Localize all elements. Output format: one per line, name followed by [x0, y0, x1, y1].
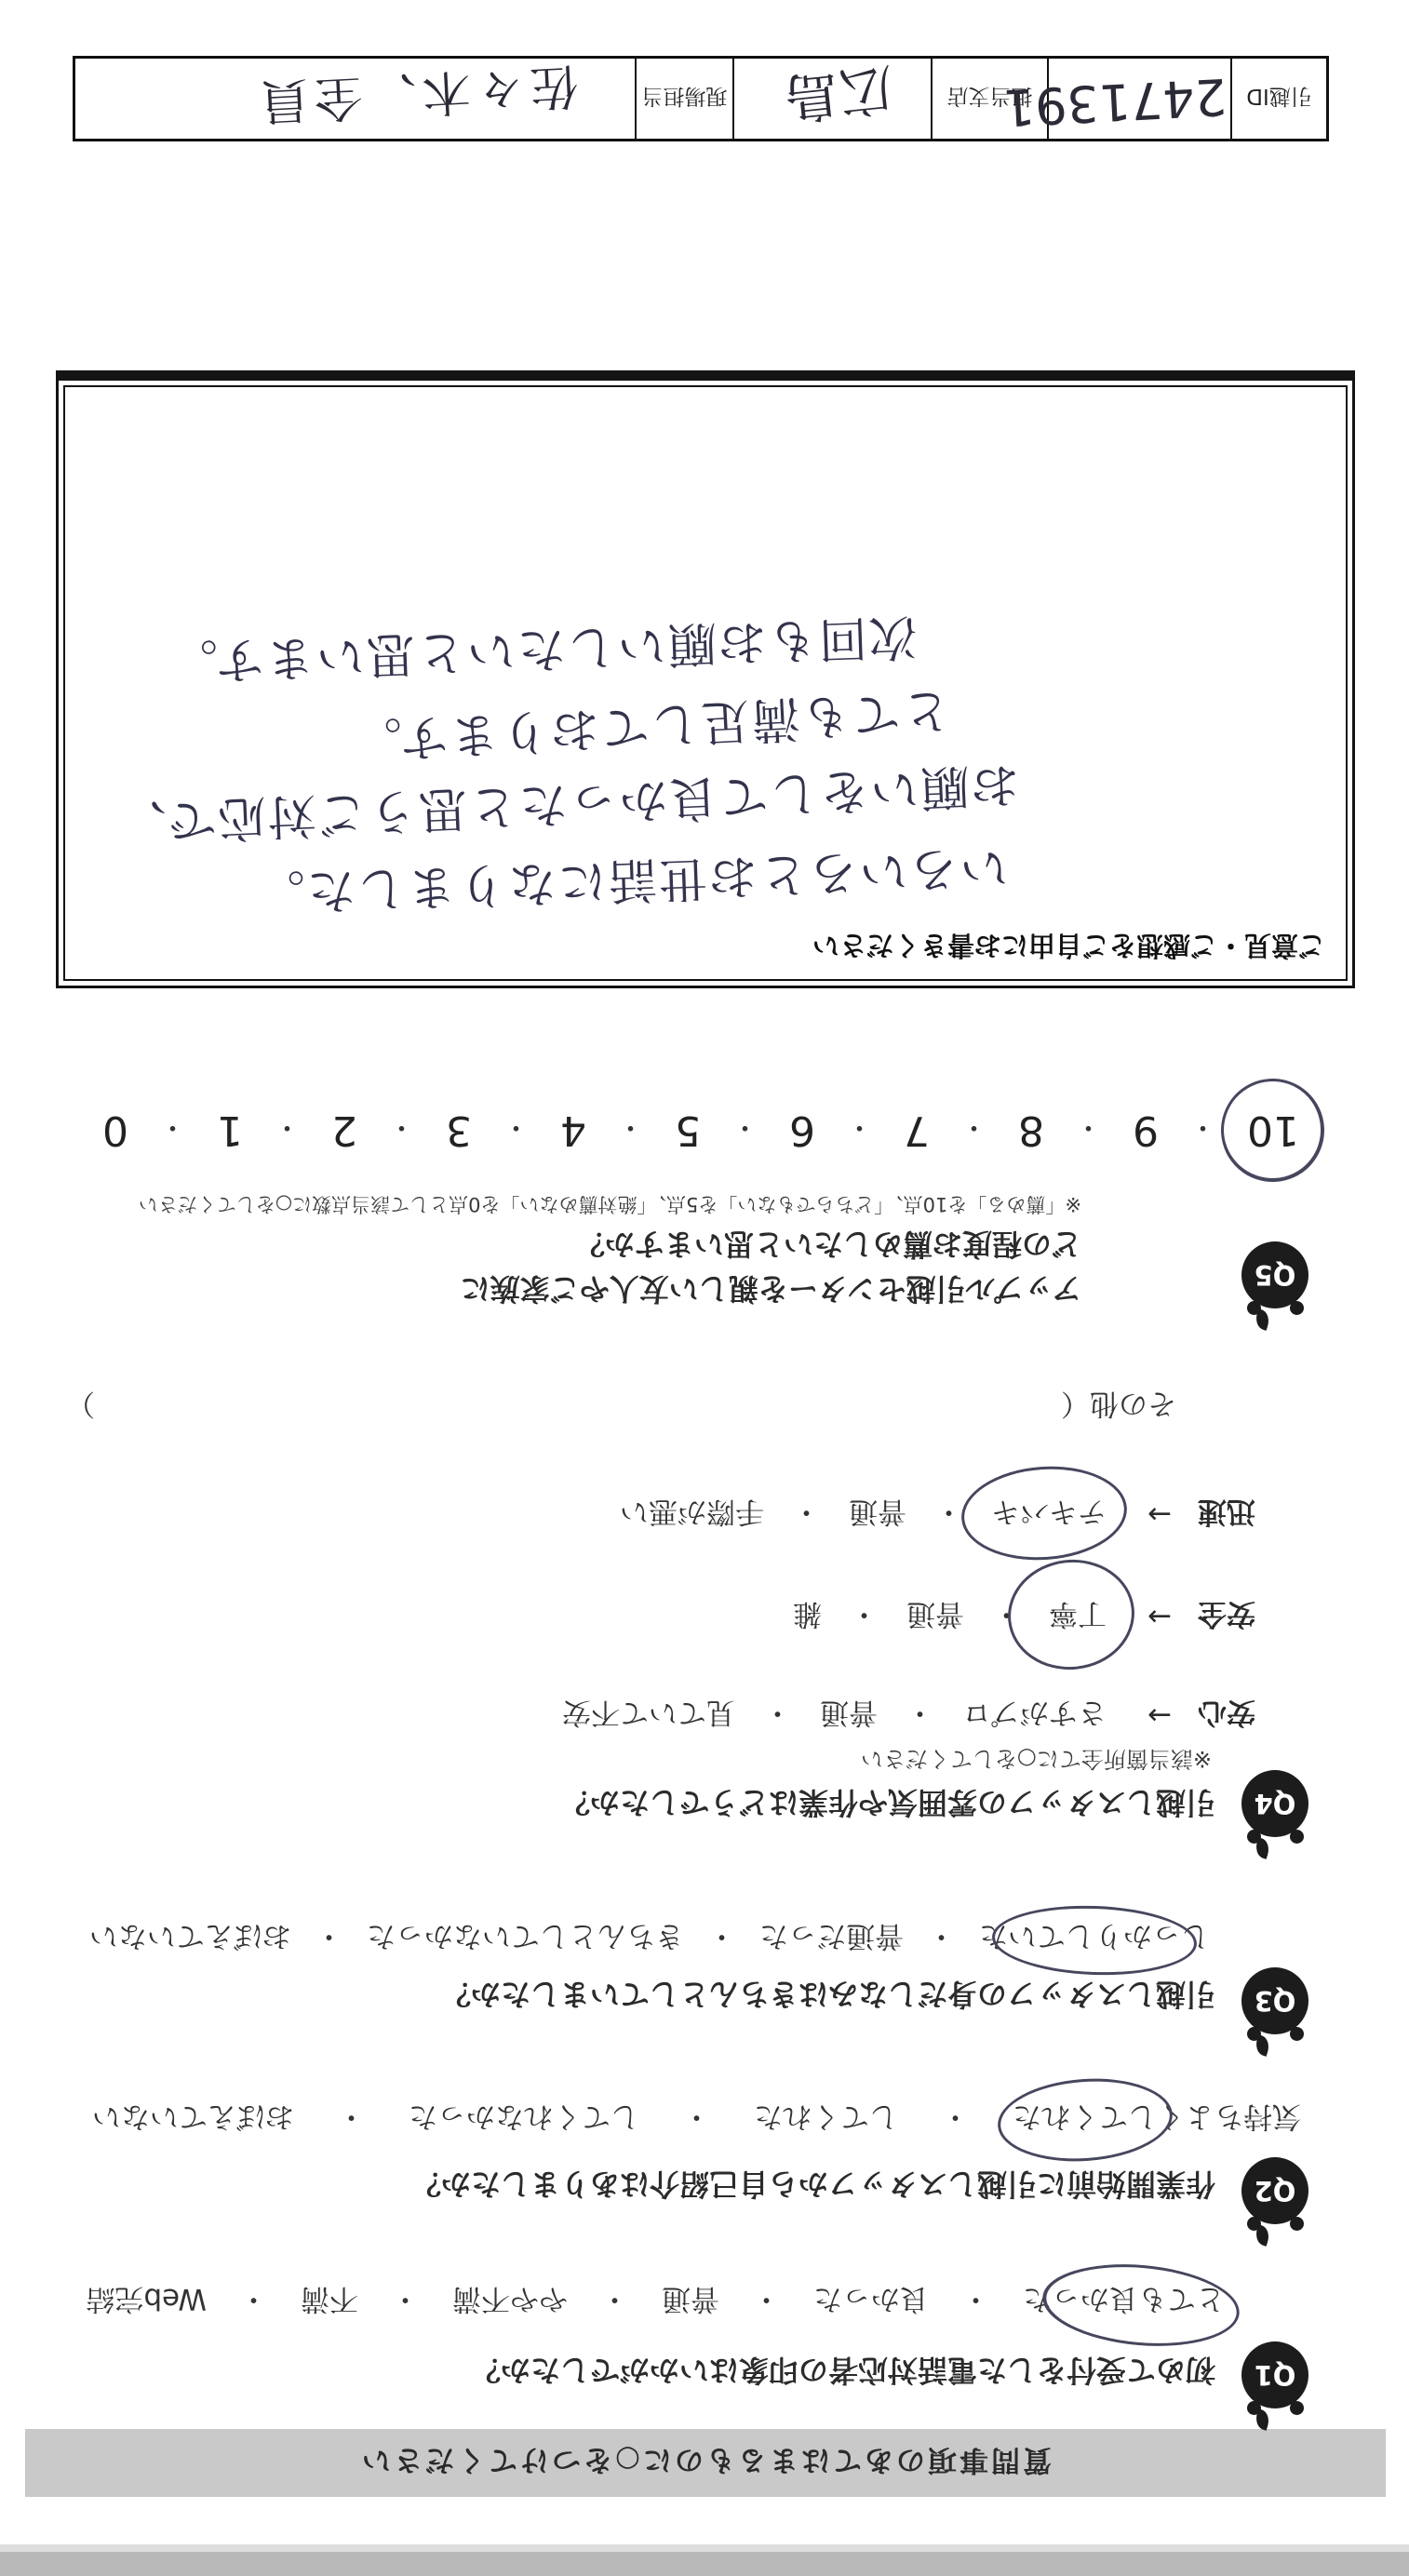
q5-score-3: 3 [446, 1107, 472, 1154]
footer-label-text: 引越ID [1246, 84, 1312, 114]
dot-separator: ・ [617, 1110, 645, 1151]
comment-box-inner-frame: ご意見・ご感想をご自由にお書きください いろいろとお世話になりました。 お願いを… [63, 385, 1348, 981]
q4-anzen-option-futsuu: 普通 [906, 1596, 964, 1638]
instruction-banner: 質問事項のあてはまるものに○をつけてください [25, 2429, 1386, 2497]
q2-option-oboeteinai: おぼえていない [92, 2099, 294, 2140]
dot-separator: ・ [503, 1110, 530, 1151]
q4-row-jinsoku: 迅速 → テキパキ ・ 普通 ・ 手際が悪い [620, 1494, 1255, 1536]
scanner-edge-strip [0, 2552, 1409, 2576]
dot-separator: ・ [941, 2099, 970, 2140]
footer-value-branch: 広島 [732, 59, 931, 139]
dot-separator: ・ [682, 2099, 711, 2140]
q2-options-row: 気持ちよくしてくれた ・ してくれた ・ してくれなかった ・ おぼえていない [92, 2099, 1301, 2140]
q1-option-label: とても良かった [1023, 2282, 1225, 2315]
q1-option-label: 良かった [813, 2282, 929, 2315]
q1-options-row: とても良かった ・ 良かった ・ 普通 ・ やや不満 ・ 不満 ・ Web完結 [86, 2281, 1225, 2323]
footer-value-staff: 佐々木、全員 [75, 59, 635, 139]
q4-option-label: 普通 [820, 1696, 878, 1729]
q4-note: ※該当箇所全てに○をしてください [861, 1745, 1212, 1778]
dot-separator: ・ [927, 1918, 956, 1960]
q4-row-anzen-label: 安全 [1185, 1596, 1255, 1638]
q1-badge: Q1 [1241, 2341, 1308, 2408]
dot-separator: ・ [960, 1110, 988, 1151]
q4-other-row: その他（ [1061, 1386, 1176, 1428]
q1-option-label: やや不満 [452, 2282, 568, 2315]
arrow-icon: → [1147, 1699, 1172, 1733]
q1-option-yaya-fuman: やや不満 [452, 2281, 568, 2323]
comment-box: ご意見・ご感想をご自由にお書きください いろいろとお世話になりました。 お願いを… [56, 370, 1355, 988]
q3-badge: Q3 [1241, 1967, 1308, 2034]
q4-row-jinsoku-label: 迅速 [1185, 1494, 1255, 1536]
dot-separator: ・ [159, 1110, 187, 1151]
dot-separator: ・ [763, 1695, 792, 1737]
q2-badge-label: Q2 [1255, 2175, 1296, 2207]
q5-score-10: 10 [1247, 1107, 1299, 1154]
q1-option-web-kanketsu: Web完結 [86, 2281, 207, 2323]
q4-other-close-paren: ） [66, 1386, 95, 1428]
q1-question-text: 初めて受付をした電話対応者の印象はいかがでしたか？ [471, 2351, 1215, 2394]
q5-score-scale: 10 ・ 9 ・ 8 ・ 7 ・ 6 ・ 5 ・ 4 ・ 3 ・ 2 ・ 1 ・… [102, 1107, 1299, 1154]
dot-separator: ・ [337, 2099, 366, 2140]
q3-option-oboeteinai: おぼえていない [89, 1918, 291, 1960]
q1-option-label: 不満 [301, 2282, 358, 2315]
q2-option-label: してくれた [754, 2100, 898, 2133]
q3-question-text: 引越しスタッフの身だしなみはきちんとしていましたか？ [441, 1975, 1215, 2018]
q2-option-shitekurenakatta: してくれなかった [409, 2099, 639, 2140]
q3-option-label: きちんとしていなかった [367, 1919, 684, 1952]
q1-option-label: 普通 [662, 2282, 719, 2315]
q4-anzen-option-zatsu: 雑 [793, 1596, 822, 1638]
q5-score-0: 0 [102, 1107, 128, 1154]
q5-badge: Q5 [1241, 1241, 1308, 1308]
dot-separator: ・ [752, 2281, 781, 2323]
q5-score-5: 5 [675, 1107, 701, 1154]
q5-question-line1: アップル引越センターを親しい友人やご家族に [461, 1269, 1081, 1312]
q2-option-label: おぼえていない [92, 2100, 294, 2133]
q5-score-6: 6 [789, 1107, 815, 1154]
q2-option-label: してくれなかった [409, 2100, 639, 2133]
dot-separator: ・ [1189, 1110, 1217, 1151]
q4-anshin-option-futsuu: 普通 [820, 1695, 878, 1737]
q3-option-label: おぼえていない [89, 1919, 291, 1952]
footer-label-text: 現場担当 [642, 84, 728, 114]
dot-separator: ・ [1075, 1110, 1103, 1151]
q4-row-anshin-label: 安心 [1185, 1695, 1255, 1737]
footer-id-table: 引越ID 2471391 担当支店 広島 現場担当 佐々木、全員 [73, 56, 1329, 141]
q4-option-label: 普通 [849, 1495, 906, 1528]
q5-score-8: 8 [1018, 1107, 1044, 1154]
arrow-icon: → [1147, 1498, 1172, 1532]
q1-option-fuman: 不満 [301, 2281, 358, 2323]
q4-anzen-option-teinei: 丁寧 [1049, 1596, 1107, 1638]
q3-option-futsuu-datta: 普通だった [759, 1918, 904, 1960]
dot-separator: ・ [846, 1110, 874, 1151]
q4-option-label: 普通 [906, 1597, 964, 1630]
dot-separator: ・ [388, 1110, 416, 1151]
q3-option-label: 普通だった [759, 1919, 904, 1952]
dot-separator: ・ [850, 1596, 879, 1638]
dot-separator: ・ [906, 1695, 934, 1737]
q4-option-label: テキパキ [991, 1495, 1107, 1528]
comment-box-header: ご意見・ご感想をご自由にお書きください [812, 928, 1325, 966]
dot-separator: ・ [274, 1110, 302, 1151]
q1-option-yokatta: 良かった [813, 2281, 929, 2323]
q3-option-label: しっかりしていた [979, 1919, 1210, 1952]
q5-note: ※「薦める」を10点、「どちらでもない」を5点、「絶対薦めない」を0点として該当… [139, 1191, 1081, 1219]
dot-separator: ・ [961, 2281, 990, 2323]
handwritten-id-value: 2471391 [1001, 67, 1228, 138]
q2-option-shitekureta: してくれた [754, 2099, 898, 2140]
q4-badge: Q4 [1241, 1770, 1308, 1837]
q2-option-label: 気持ちよくしてくれた [1013, 2100, 1301, 2133]
q4-jinsoku-option-tegiwa-warui: 手際が悪い [620, 1494, 764, 1536]
dot-separator: ・ [600, 2281, 629, 2323]
dot-separator: ・ [315, 1918, 343, 1960]
q3-badge-label: Q3 [1255, 1985, 1296, 2017]
dot-separator: ・ [391, 2281, 420, 2323]
dot-separator: ・ [731, 1110, 759, 1151]
q5-score-1: 1 [217, 1107, 243, 1154]
q2-question-text: 作業開始前に引越しスタッフから自己紹介はありましたか？ [411, 2165, 1215, 2207]
q4-row-anzen: 安全 → 丁寧 ・ 普通 ・ 雑 [793, 1596, 1255, 1638]
instruction-banner-text: 質問事項のあてはまるものに○をつけてください [359, 2442, 1052, 2484]
arrow-icon: → [1147, 1601, 1172, 1634]
q1-option-totemo-yokatta: とても良かった [1023, 2281, 1225, 2323]
q4-row-anshin: 安心 → さすがプロ ・ 普通 ・ 見ていて不安 [562, 1695, 1255, 1737]
q5-score-7: 7 [904, 1107, 930, 1154]
q4-jinsoku-option-futsuu: 普通 [849, 1494, 906, 1536]
scanner-edge-strip-light [0, 2544, 1409, 2552]
q4-option-label: さすがプロ [962, 1696, 1107, 1729]
q1-option-label: Web完結 [86, 2282, 207, 2315]
footer-value-hikkoshi-id: 2471391 [1047, 59, 1230, 139]
q4-other-open-label: その他（ [1061, 1386, 1176, 1428]
dot-separator: ・ [239, 2281, 268, 2323]
q3-option-shikkari: しっかりしていた [979, 1918, 1210, 1960]
q5-badge-label: Q5 [1255, 1259, 1296, 1291]
q2-badge: Q2 [1241, 2157, 1308, 2224]
q3-option-kichinto-shitenakatta: きちんとしていなかった [367, 1918, 684, 1960]
dot-separator: ・ [707, 1918, 736, 1960]
q1-option-futsuu: 普通 [662, 2281, 719, 2323]
q4-question-text: 引越しスタッフの雰囲気や作業はどうでしたか？ [560, 1783, 1215, 1826]
q5-score-4: 4 [560, 1107, 586, 1154]
handwritten-staff-value: 佐々木、全員 [253, 55, 580, 141]
q5-score-9: 9 [1133, 1107, 1159, 1154]
q3-options-row: しっかりしていた ・ 普通だった ・ きちんとしていなかった ・ おぼえていない [89, 1918, 1210, 1960]
footer-label-hikkoshi-id: 引越ID [1230, 59, 1326, 139]
dot-separator: ・ [992, 1596, 1021, 1638]
q2-option-kimochiyoku: 気持ちよくしてくれた [1013, 2099, 1301, 2140]
dot-separator: ・ [792, 1494, 821, 1536]
q5-question-line2: どの程度お薦めしたいと思いますか？ [575, 1225, 1081, 1268]
dot-separator: ・ [934, 1494, 963, 1536]
q4-anshin-option-sasuga-pro: さすがプロ [962, 1695, 1107, 1737]
q4-option-label: 手際が悪い [620, 1495, 764, 1528]
q4-anshin-option-fuan: 見ていて不安 [562, 1695, 735, 1737]
handwritten-branch-value: 広島 [782, 53, 897, 142]
q4-jinsoku-option-tekipaki: テキパキ [991, 1494, 1107, 1536]
q1-badge-label: Q1 [1255, 2359, 1296, 2391]
scanned-questionnaire-sheet: 質問事項のあてはまるものに○をつけてください Q1 初めて受付をした電話対応者の… [0, 0, 1409, 2576]
scale-number: 10 [1247, 1107, 1299, 1154]
q5-score-2: 2 [331, 1107, 357, 1154]
q4-option-label: 雑 [793, 1597, 822, 1630]
q4-option-label: 丁寧 [1049, 1597, 1107, 1630]
footer-label-staff: 現場担当 [635, 59, 732, 139]
q4-option-label: 見ていて不安 [562, 1696, 735, 1729]
q4-badge-label: Q4 [1255, 1788, 1296, 1819]
